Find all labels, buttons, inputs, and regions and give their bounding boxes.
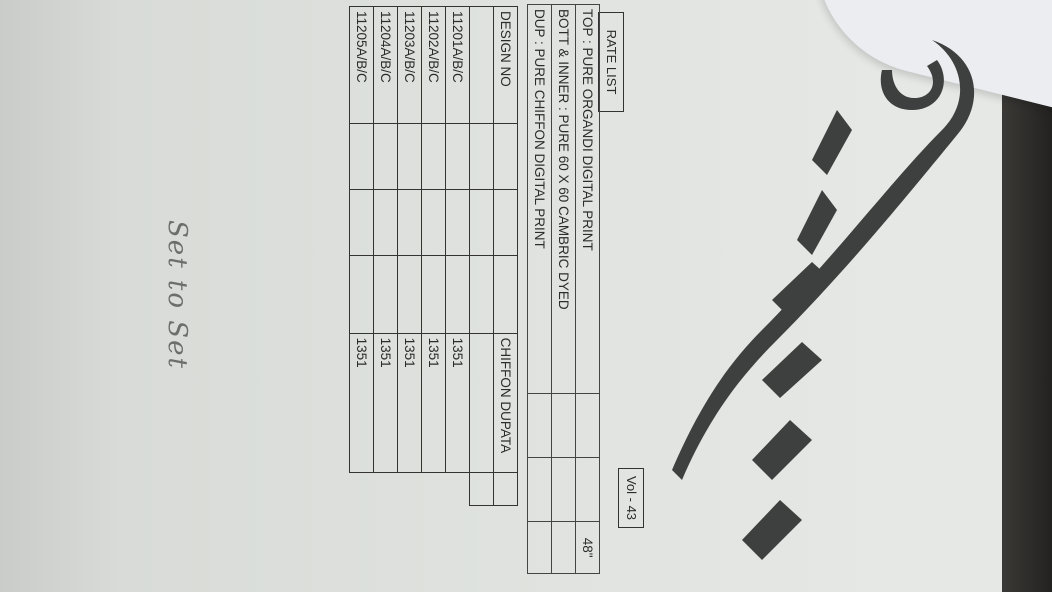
rate-table-header: DESIGN NO CHIFFON DUPATA [494, 7, 518, 506]
table-row: 11205A/B/C 1351 [350, 7, 374, 506]
table-row: 11202A/B/C 1351 [422, 7, 446, 506]
rate-table: DESIGN NO CHIFFON DUPATA 11201A/B/C 1351… [349, 6, 518, 506]
fabric-width: 48" [576, 522, 600, 574]
table-row: 11204A/B/C 1351 [374, 7, 398, 506]
calligraphic-brand-logo [652, 0, 1052, 592]
rate-table-spacer [470, 7, 494, 506]
rate-list-document: RATE LIST Vol - 43 TOP : PURE ORGANDI DI… [0, 0, 1052, 592]
spec-dupatta: DUP : PURE CHIFFON DIGITAL PRINT [528, 5, 552, 394]
handwritten-note: Set to Set [162, 220, 192, 370]
design-no-header: DESIGN NO [494, 7, 518, 124]
table-row: 11203A/B/C 1351 [398, 7, 422, 506]
table-row: 11201A/B/C 1351 [446, 7, 470, 506]
spec-row: BOTT & INNER : PURE 60 X 60 CAMBRIC DYED [552, 5, 576, 574]
volume-label: Vol - 43 [618, 468, 644, 528]
spec-row: DUP : PURE CHIFFON DIGITAL PRINT [528, 5, 552, 574]
spec-bottom-inner: BOTT & INNER : PURE 60 X 60 CAMBRIC DYED [552, 5, 576, 394]
spec-row: TOP : PURE ORGANDI DIGITAL PRINT 48" [576, 5, 600, 574]
spec-top: TOP : PURE ORGANDI DIGITAL PRINT [576, 5, 600, 394]
fabric-spec-table: TOP : PURE ORGANDI DIGITAL PRINT 48" BOT… [527, 4, 600, 574]
rate-list-title: RATE LIST [598, 12, 624, 112]
chiffon-dupata-header: CHIFFON DUPATA [494, 333, 518, 473]
